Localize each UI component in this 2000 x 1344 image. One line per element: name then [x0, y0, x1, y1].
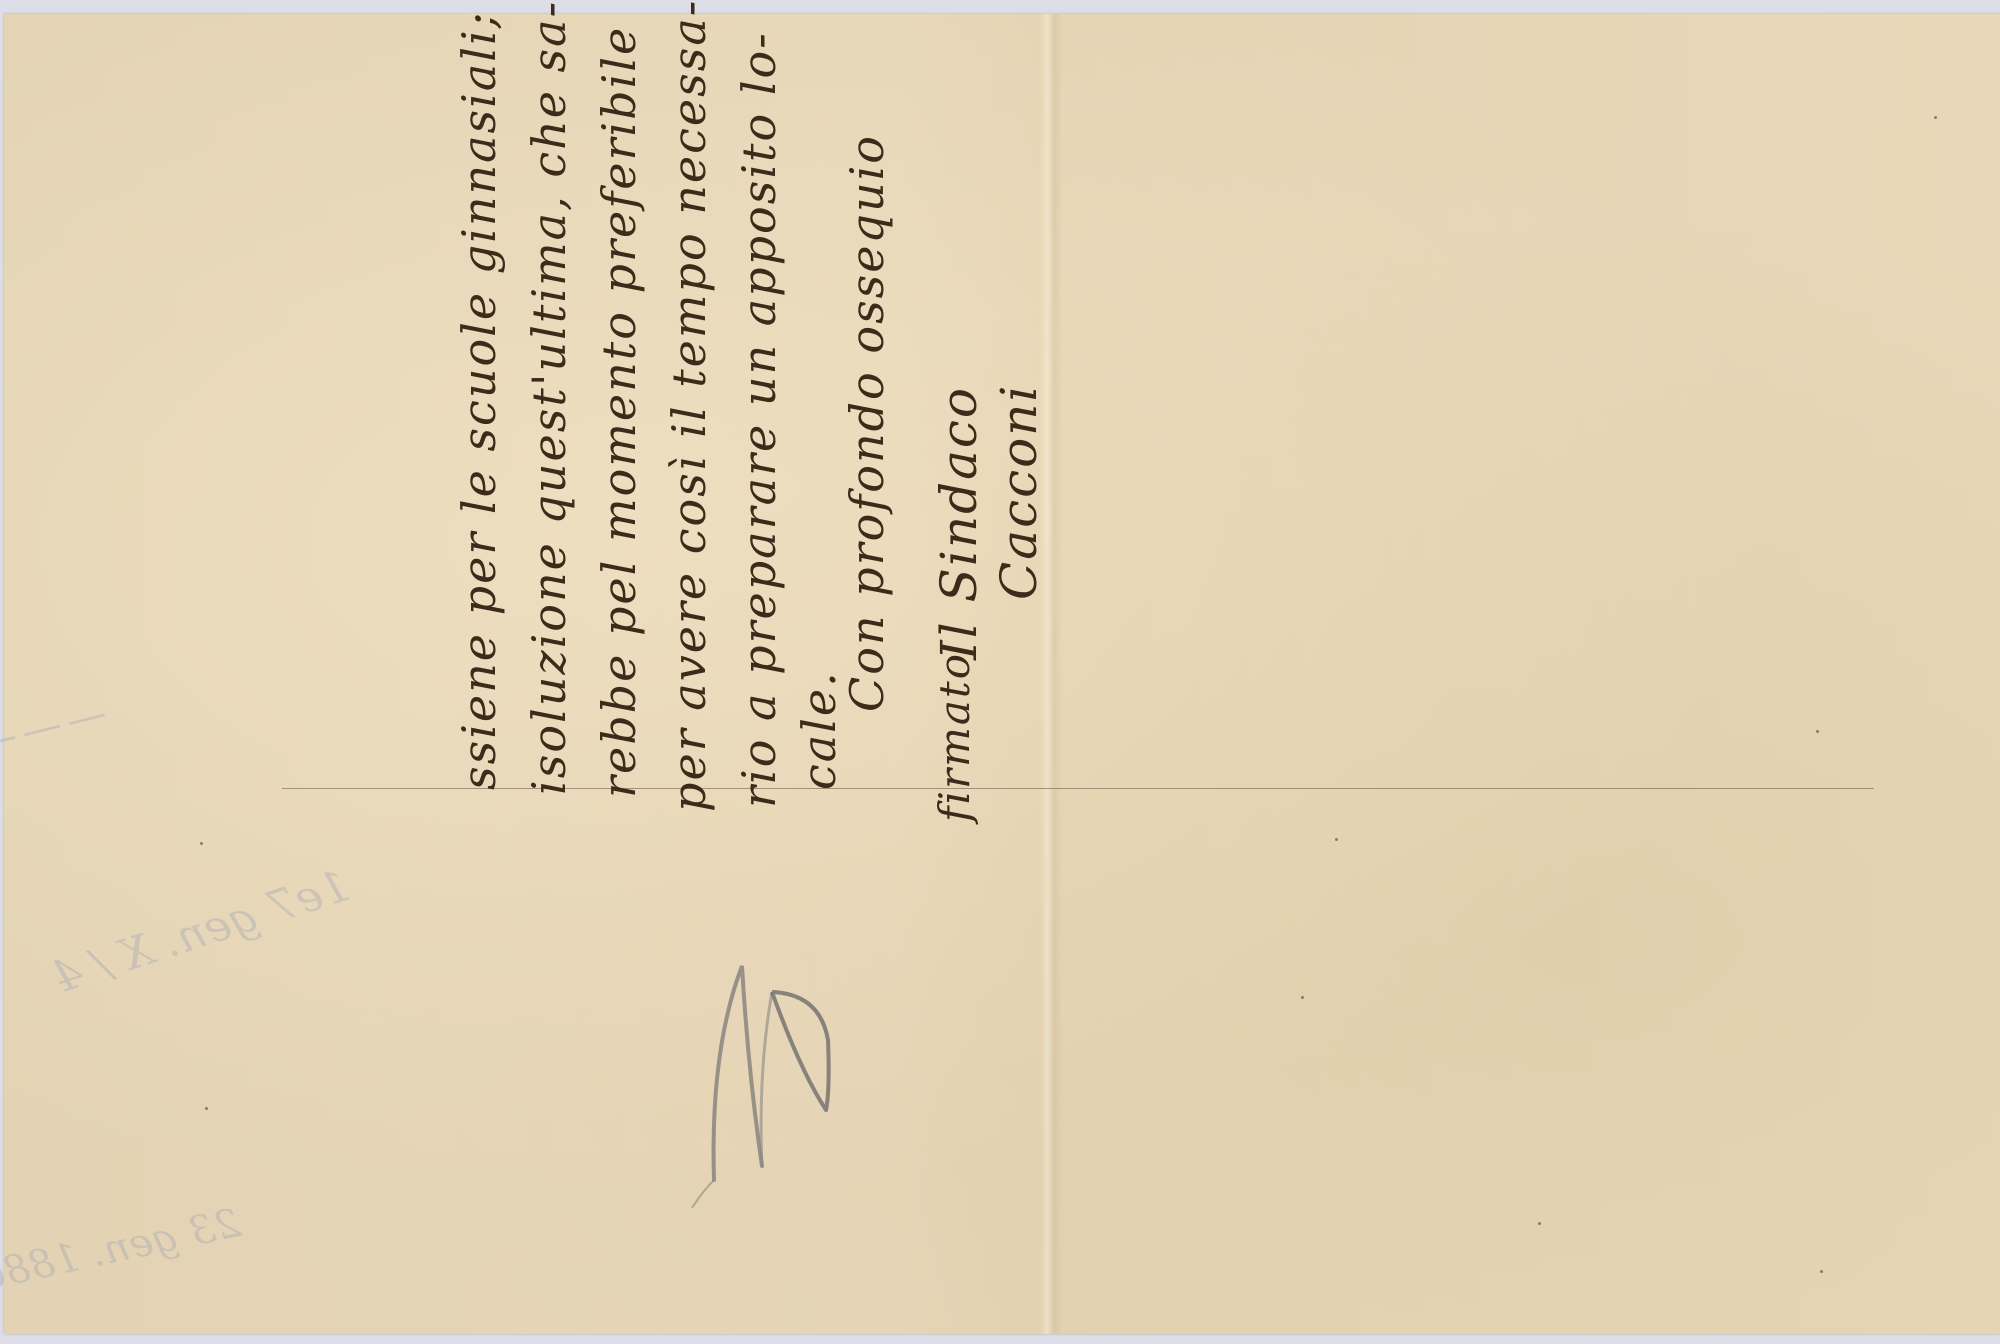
- letter-line-4: per avere così il tempo necessa-: [662, 0, 716, 812]
- paper-speck: [1538, 1222, 1541, 1225]
- pencil-mark-icon: [680, 930, 840, 1220]
- signature-prefix: firmato: [930, 652, 979, 822]
- letter-line-2: isoluzione quest'ultima, che sa-: [522, 0, 576, 795]
- paper-speck: [1934, 116, 1937, 119]
- paper-speck: [205, 1107, 208, 1110]
- paper-speck: [1816, 730, 1819, 733]
- paper-speck: [1820, 1270, 1823, 1273]
- paper-speck: [1301, 996, 1304, 999]
- letter-line-5: rio a preparare un apposito lo-: [732, 31, 786, 808]
- signature-name: Cacconi: [990, 384, 1048, 600]
- paper-speck: [200, 842, 203, 845]
- paper-sheet: [4, 14, 2000, 1334]
- center-fold: [1040, 14, 1062, 1334]
- paper-speck: [1335, 838, 1338, 841]
- ruled-line: [282, 788, 1874, 789]
- letter-line-1: ssiene per le scuole ginnasiali;: [452, 11, 506, 790]
- letter-line-3: rebbe pel momento preferibile: [592, 26, 646, 798]
- signature-title: Il Sindaco: [930, 386, 988, 660]
- letter-closing: Con profondo ossequio: [840, 134, 894, 712]
- letter-line-6: cale.: [792, 670, 846, 790]
